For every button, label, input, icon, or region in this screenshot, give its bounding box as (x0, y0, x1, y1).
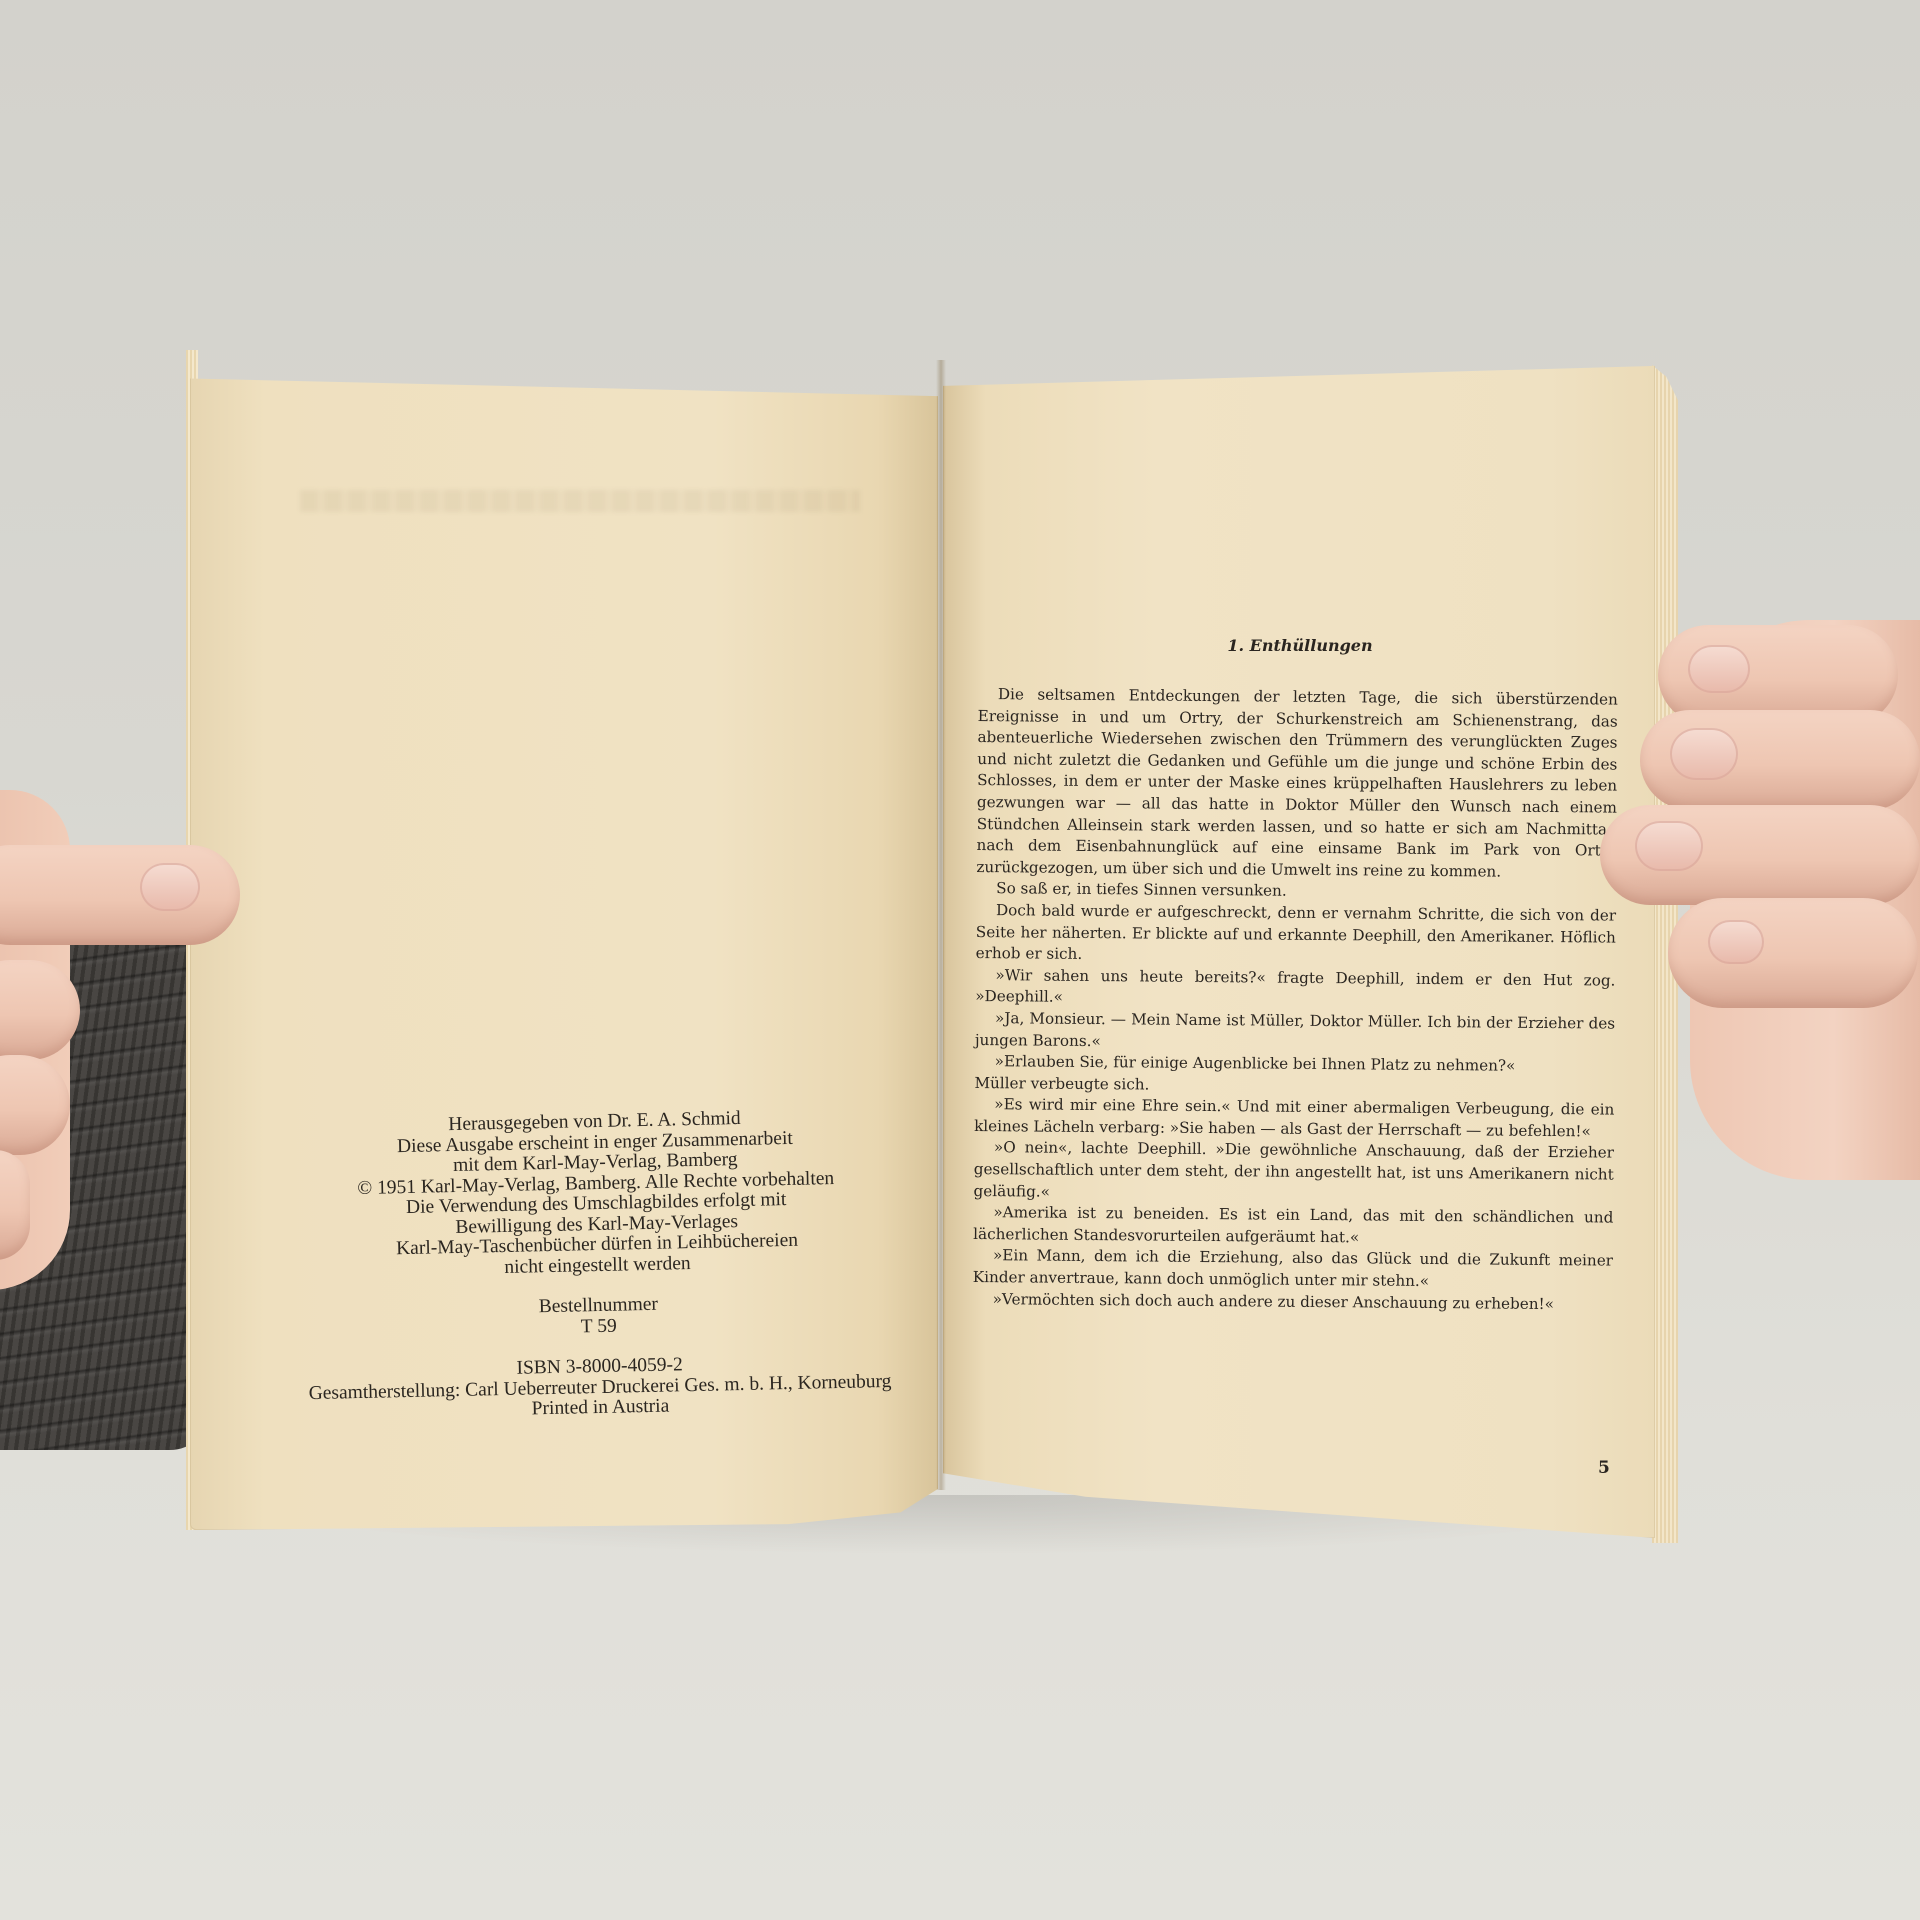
fingernail-icon (1670, 728, 1738, 780)
paragraph: Die seltsamen Entdeckungen der letzten T… (976, 684, 1618, 884)
fingernail-icon (1688, 645, 1750, 693)
paragraph: »Es wird mir eine Ehre sein.« Und mit ei… (974, 1094, 1614, 1143)
thumbnail-icon (140, 863, 200, 911)
paragraph: »Wir sahen uns heute bereits?« fragte De… (975, 965, 1615, 1014)
photo-scene: Herausgegeben von Dr. E. A. Schmid Diese… (0, 0, 1920, 1920)
left-thumb (0, 845, 240, 945)
paragraph: »Ein Mann, dem ich die Erziehung, also d… (973, 1245, 1613, 1294)
paragraph: »O nein«, lachte Deephill. »Die gewöhnli… (973, 1137, 1614, 1207)
right-finger (1600, 805, 1920, 905)
imprint-block: Herausgegeben von Dr. E. A. Schmid Diese… (267, 1105, 928, 1425)
chapter-body: Die seltsamen Entdeckungen der letzten T… (973, 684, 1618, 1316)
paragraph: »Ja, Monsieur. — Mein Name ist Müller, D… (975, 1008, 1615, 1057)
book-gutter (936, 360, 946, 1490)
fingernail-icon (1708, 920, 1764, 964)
show-through-text (300, 490, 860, 512)
page-number: 5 (1598, 1458, 1610, 1478)
right-finger (1668, 898, 1918, 1008)
fingernail-icon (1635, 821, 1703, 871)
paragraph: »Amerika ist zu beneiden. Es ist ein Lan… (973, 1202, 1613, 1251)
paragraph: Doch bald wurde er aufgeschreckt, denn e… (976, 900, 1617, 970)
right-finger (1640, 710, 1920, 810)
chapter-title: 1. Enthüllungen (1000, 636, 1600, 655)
